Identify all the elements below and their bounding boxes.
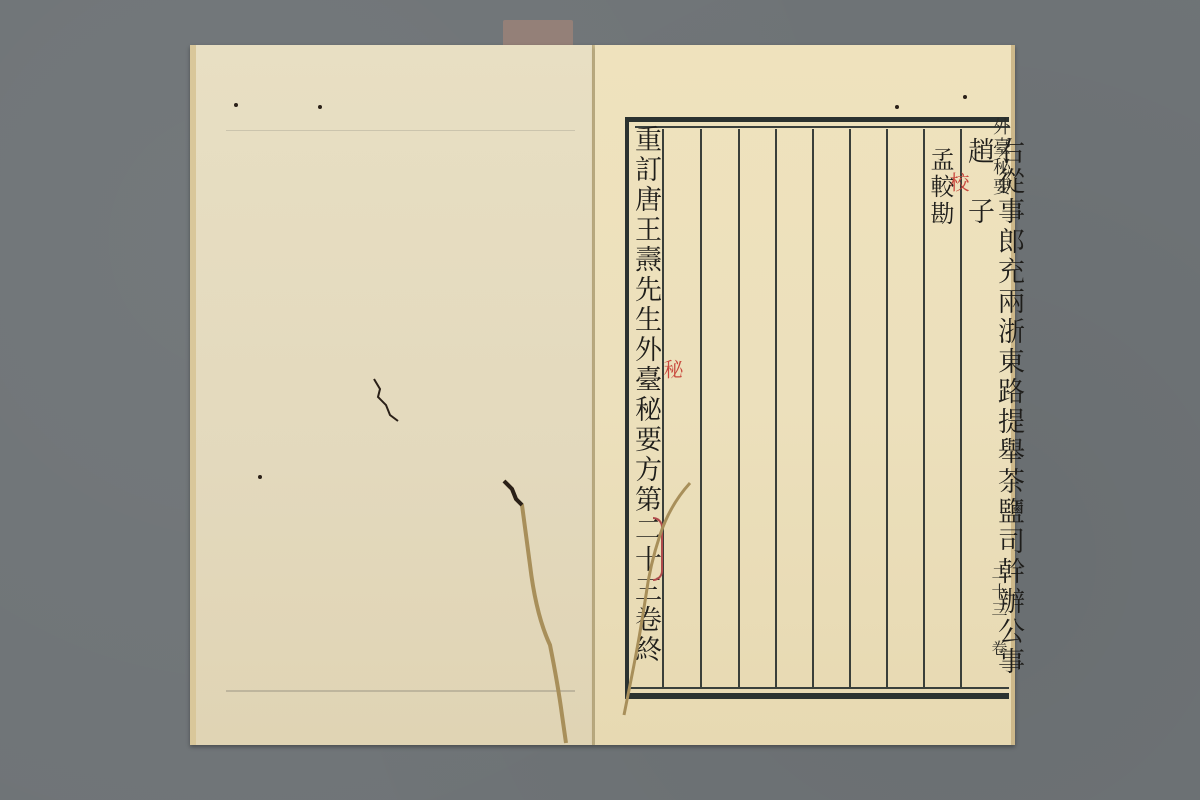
column-rule <box>738 129 740 687</box>
wormhole <box>258 475 262 479</box>
wormhole <box>318 105 322 109</box>
right-page: 重訂唐王燾先生外臺秘要方第二十三卷終 秘 孟較勘 校 右從事郎充兩浙東路提舉茶鹽… <box>595 45 1015 745</box>
column-rule <box>849 129 851 687</box>
left-page <box>190 45 595 745</box>
frame-border-top-inner <box>635 126 1009 128</box>
wormhole <box>895 105 899 109</box>
paper-crack <box>366 375 406 425</box>
banxin-volume: 二十三 卷 <box>987 565 1010 658</box>
column-rule <box>775 129 777 687</box>
bleed-through-rule <box>226 130 575 131</box>
banxin-title: 外臺秘要 <box>987 117 1013 197</box>
wormhole <box>234 103 238 107</box>
column-rule <box>886 129 888 687</box>
frame-border-top <box>625 117 1009 122</box>
column-rule <box>812 129 814 687</box>
wormhole <box>963 95 967 99</box>
column-rule <box>700 129 702 687</box>
column-rule <box>960 129 962 687</box>
paper-crack <box>610 475 700 725</box>
open-book: 重訂唐王燾先生外臺秘要方第二十三卷終 秘 孟較勘 校 右從事郎充兩浙東路提舉茶鹽… <box>190 45 1020 745</box>
red-annotation-mi: 秘 <box>657 359 687 382</box>
water-stain-crack <box>496 475 586 755</box>
